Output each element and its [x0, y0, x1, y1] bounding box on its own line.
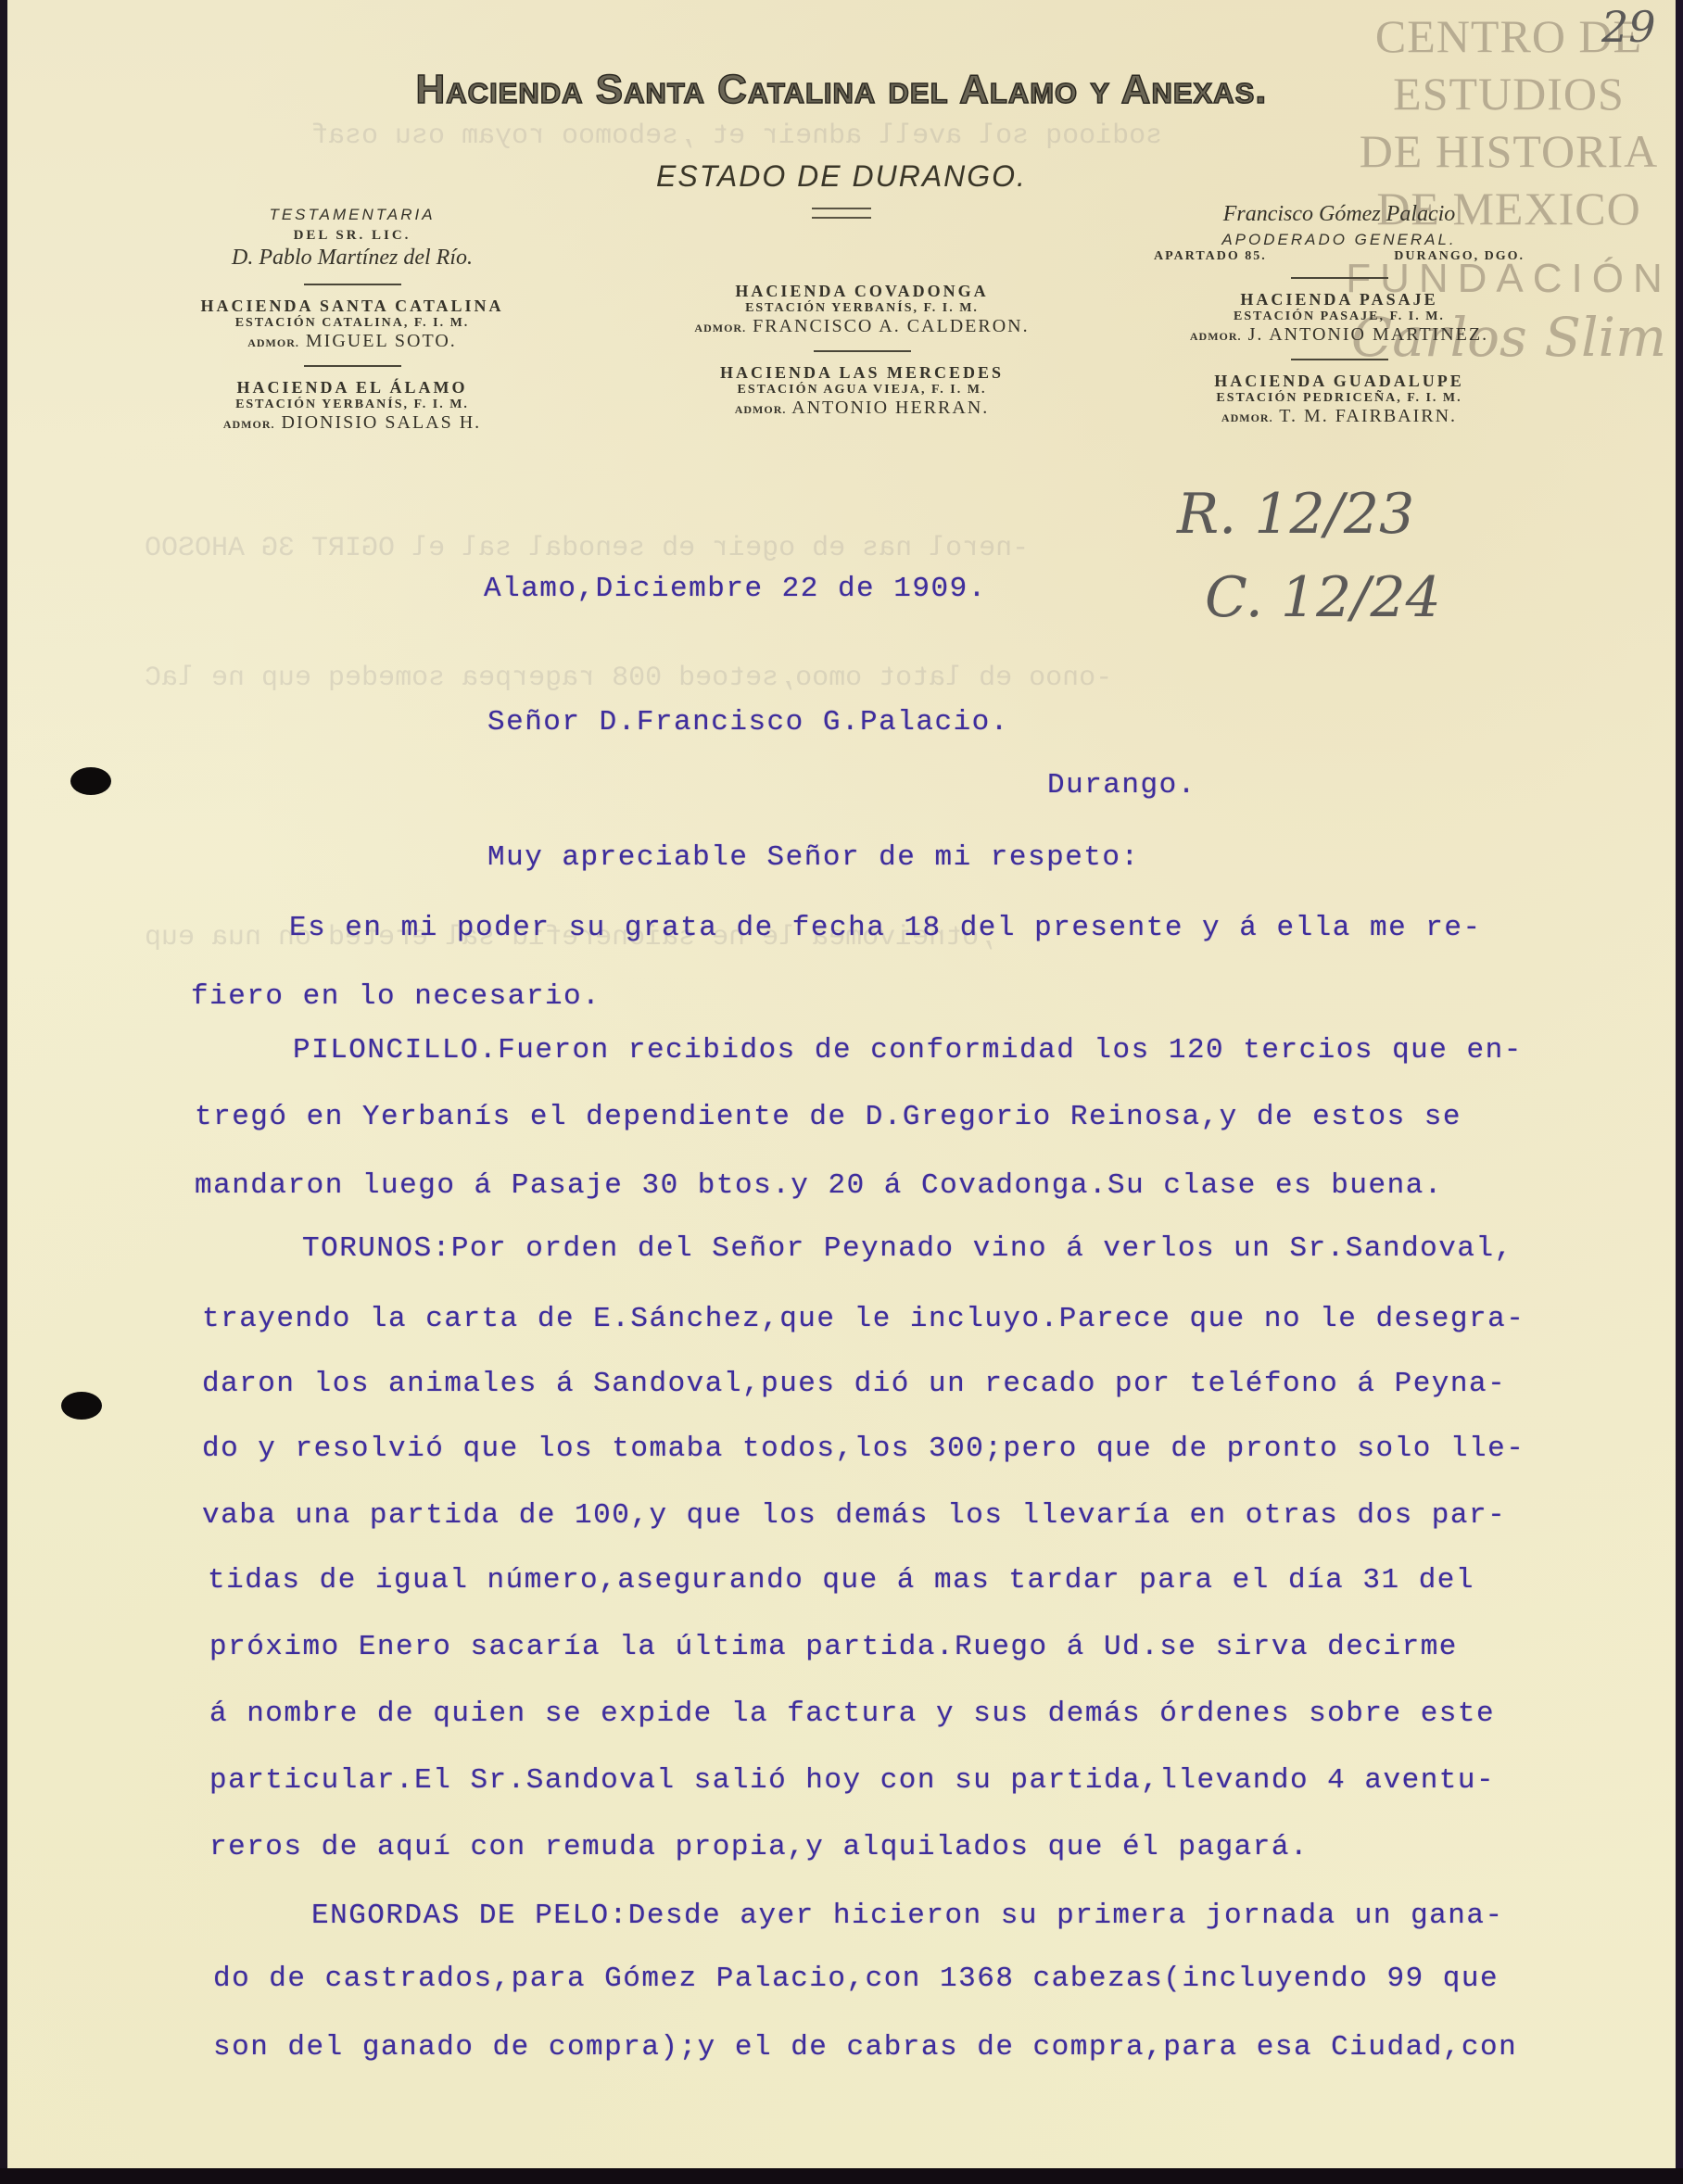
bleed-through-text: -nerol nas eb ogeir eb senodal sal el OG… — [111, 533, 1029, 564]
letter-city: Durango. — [1047, 769, 1196, 802]
hacienda-station: ESTACIÓN YERBANÍS, F. I. M. — [639, 301, 1084, 316]
letter-line: Es en mi poder su grata de fecha 18 del … — [289, 912, 1482, 944]
letterhead-center-column: HACIENDA COVADONGA ESTACIÓN YERBANÍS, F.… — [639, 282, 1084, 419]
hacienda-station: ESTACIÓN PASAJE, F. I. M. — [1135, 309, 1543, 324]
hacienda-admor: ADMOR. MIGUEL SOTO. — [158, 331, 547, 352]
hacienda-station: ESTACIÓN PEDRICEÑA, F. I. M. — [1135, 391, 1543, 406]
testamentaria-label: TESTAMENTARIA — [158, 206, 547, 224]
hacienda-name: HACIENDA GUADALUPE — [1135, 372, 1543, 391]
hacienda-admor: ADMOR. T. M. FAIRBAIRN. — [1135, 406, 1543, 427]
hacienda-name: HACIENDA EL ÁLAMO — [158, 378, 547, 398]
bleed-through-text: -onoo eb latot omoo,setoed 008 ragerpea … — [111, 663, 1112, 694]
letter-line: vaba una partida de 100,y que los demás … — [202, 1499, 1506, 1532]
hacienda-admor: ADMOR. ANTONIO HERRAN. — [639, 398, 1084, 419]
letterhead-title: Hacienda Santa Catalina del Alamo y Anex… — [0, 67, 1683, 113]
letter-line: mandaron luego á Pasaje 30 btos.y 20 á C… — [195, 1169, 1443, 1202]
letter-line: tregó en Yerbanís el dependiente de D.Gr… — [195, 1101, 1462, 1133]
del-sr-lic-label: DEL SR. LIC. — [158, 228, 547, 244]
hacienda-station: ESTACIÓN CATALINA, F. I. M. — [158, 316, 547, 331]
pencil-annotation-answered: C. 12/24 — [1205, 565, 1441, 630]
letter-line: PILONCILLO.Fueron recibidos de conformid… — [293, 1034, 1523, 1067]
letter-line: tidas de igual número,asegurando que á m… — [208, 1564, 1474, 1597]
pencil-annotation-received: R. 12/23 — [1177, 482, 1414, 547]
testator-name: D. Pablo Martínez del Río. — [158, 246, 547, 271]
divider — [304, 284, 401, 285]
apoderado-title: APODERADO GENERAL. — [1135, 231, 1543, 249]
apartado: APARTADO 85. — [1154, 249, 1267, 264]
letter-line: particular.El Sr.Sandoval salió hoy con … — [209, 1764, 1495, 1797]
divider — [1291, 359, 1388, 360]
scan-edge-bottom — [0, 2168, 1683, 2184]
letter-line: fiero en lo necesario. — [191, 980, 601, 1013]
hacienda-admor: ADMOR. J. ANTONIO MARTINEZ. — [1135, 324, 1543, 346]
bleed-through-text: sodiooq sol avell adneir et ,sebomoo roy… — [278, 120, 1162, 152]
letterhead-left-column: TESTAMENTARIA DEL SR. LIC. D. Pablo Mart… — [158, 206, 547, 434]
letter-line: TORUNOS:Por orden del Señor Peynado vino… — [302, 1232, 1513, 1265]
letter-line: trayendo la carta de E.Sánchez,que le in… — [202, 1303, 1525, 1335]
letter-line: reros de aquí con remuda propia,y alquil… — [209, 1831, 1309, 1863]
letter-salutation: Muy apreciable Señor de mi respeto: — [487, 841, 1140, 874]
hacienda-station: ESTACIÓN YERBANÍS, F. I. M. — [158, 398, 547, 412]
hacienda-station: ESTACIÓN AGUA VIEJA, F. I. M. — [639, 383, 1084, 398]
letter-recipient: Señor D.Francisco G.Palacio. — [487, 706, 1009, 739]
letterhead-right-column: Francisco Gómez Palacio APODERADO GENERA… — [1135, 202, 1543, 427]
letter-date: Alamo,Diciembre 22 de 1909. — [484, 573, 987, 605]
address-line: APARTADO 85. DURANGO, DGO. — [1135, 249, 1543, 264]
divider — [814, 350, 911, 352]
hacienda-name: HACIENDA COVADONGA — [639, 282, 1084, 301]
letter-line: daron los animales á Sandoval,pues dió u… — [202, 1368, 1506, 1400]
hacienda-name: HACIENDA LAS MERCEDES — [639, 363, 1084, 383]
letter-line: son del ganado de compra);y el de cabras… — [213, 2031, 1517, 2064]
punch-hole-bottom — [61, 1392, 102, 1420]
punch-hole-top — [70, 767, 111, 795]
letter-line: ENGORDAS DE PELO:Desde ayer hicieron su … — [311, 1900, 1504, 1932]
divider — [1291, 277, 1388, 279]
hacienda-admor: ADMOR. DIONISIO SALAS H. — [158, 412, 547, 434]
city-state: DURANGO, DGO. — [1394, 249, 1525, 264]
letter-line: á nombre de quien se expide la factura y… — [209, 1698, 1495, 1730]
page-number: 29 — [1601, 2, 1656, 52]
letter-line: do de castrados,para Gómez Palacio,con 1… — [213, 1963, 1499, 1995]
ornament-divider — [812, 208, 871, 219]
hacienda-admor: ADMOR. FRANCISCO A. CALDERON. — [639, 316, 1084, 337]
letter-line: próximo Enero sacaría la última partida.… — [209, 1631, 1458, 1663]
hacienda-name: HACIENDA SANTA CATALINA — [158, 297, 547, 316]
letterhead-subtitle: ESTADO DE DURANGO. — [0, 159, 1683, 194]
apoderado-name: Francisco Gómez Palacio — [1135, 202, 1543, 227]
hacienda-name: HACIENDA PASAJE — [1135, 290, 1543, 309]
divider — [304, 365, 401, 367]
letter-line: do y resolvió que los tomaba todos,los 3… — [202, 1433, 1525, 1465]
